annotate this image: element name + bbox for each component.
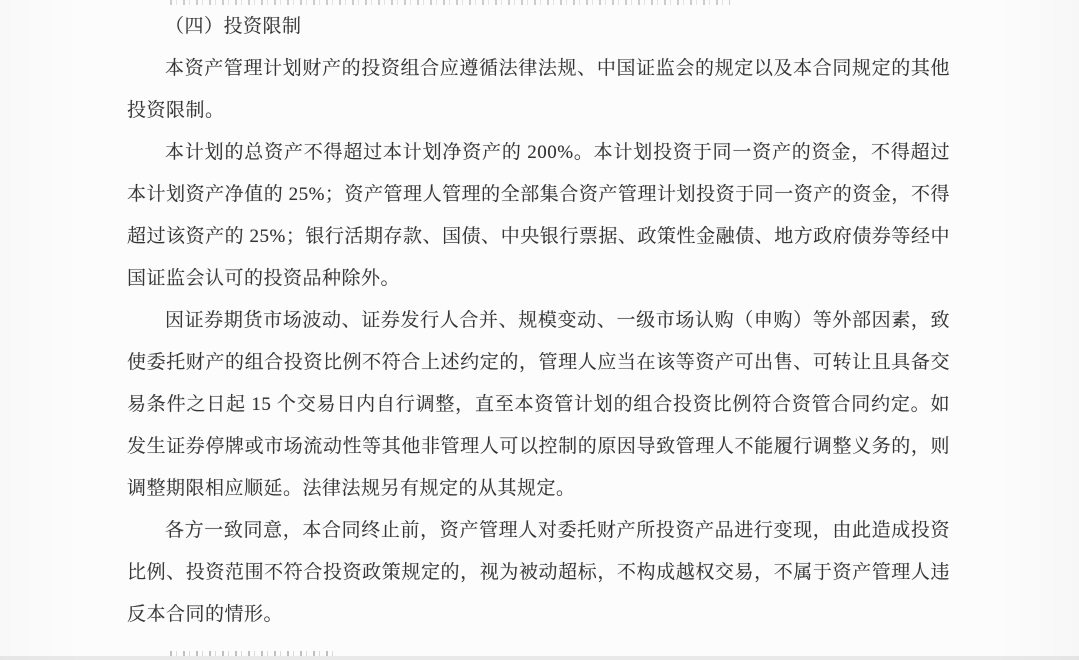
clipped-previous-line xyxy=(170,0,730,5)
paragraph-adjustment-rules: 因证券期货市场波动、证券发行人合并、规模变动、一级市场认购（申购）等外部因素，致… xyxy=(127,300,950,510)
paragraph-liquidation-agreement: 各方一致同意，本合同终止前，资产管理人对委托财产所投资产品进行变现，由此造成投资… xyxy=(127,510,950,636)
scan-edge xyxy=(0,656,1079,660)
section-heading: （四）投资限制 xyxy=(127,6,950,48)
paragraph-investment-scope: 本资产管理计划财产的投资组合应遵循法律法规、中国证监会的规定以及本合同规定的其他… xyxy=(127,48,950,132)
scanned-document-page: （四）投资限制 本资产管理计划财产的投资组合应遵循法律法规、中国证监会的规定以及… xyxy=(0,0,1079,660)
document-text-column: （四）投资限制 本资产管理计划财产的投资组合应遵循法律法规、中国证监会的规定以及… xyxy=(127,6,950,636)
paragraph-asset-limits: 本计划的总资产不得超过本计划净资产的 200%。本计划投资于同一资产的资金，不得… xyxy=(127,132,950,300)
